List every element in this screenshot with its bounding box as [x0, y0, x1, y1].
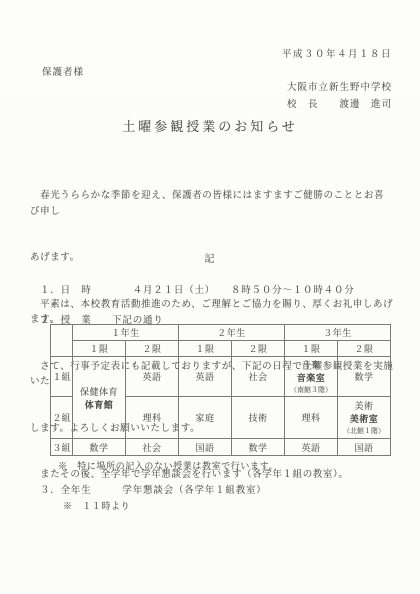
grade-header: １年生 — [73, 325, 179, 341]
subject-name: 英語 — [179, 370, 231, 383]
item-datetime: １．日 時 ４月２１日（土） ８時５０分～１０時４０分 — [40, 282, 355, 296]
room-name: 美術室 — [338, 412, 390, 425]
subject-cell: 数学 — [232, 439, 285, 456]
room-name: 体育館 — [73, 398, 125, 411]
subject-cell: 数学 — [73, 439, 126, 456]
subject-cell: 国語 — [179, 439, 232, 456]
document-date: 平成３０年４月１８日 — [282, 46, 392, 60]
subject-name: 家庭 — [179, 411, 231, 424]
class-label: ２組 — [51, 397, 73, 439]
table-row: ３組数学社会国語数学英語国語 — [51, 439, 391, 456]
table-note: ※ 特に場所の記入のない授業は教室で行います。 — [58, 459, 278, 472]
subject-cell: 美術美術室（北館１階） — [338, 397, 391, 439]
room-location: （北館１階） — [338, 426, 390, 436]
grade-header: ２年生 — [179, 325, 285, 341]
table-row: １組保健体育体育館英語英語社会音楽音楽室（南館３階）数学 — [51, 357, 391, 397]
subject-name: 英語 — [285, 441, 337, 454]
period-header: ２限 — [338, 341, 391, 357]
subject-name: 社会 — [126, 441, 178, 454]
grade-header: ３年生 — [285, 325, 391, 341]
subject-name: 数学 — [232, 441, 284, 454]
subject-cell: 家庭 — [179, 397, 232, 439]
subject-name: 理科 — [126, 411, 178, 424]
class-label: ３組 — [51, 439, 73, 456]
subject-cell: 英語 — [179, 357, 232, 397]
subject-name: 社会 — [232, 370, 284, 383]
document-page: 平成３０年４月１８日 保護者様 大阪市立新生野中学校 校 長 渡邊 進司 土曜参… — [0, 0, 420, 594]
body-line: 春光うららかな季節を迎え、保護者の皆様にはますますご健勝のこととお喜び申し — [30, 188, 394, 219]
table-corner-cell — [51, 325, 73, 357]
subject-name: 美術 — [338, 399, 390, 412]
class-schedule-table: １年生２年生３年生１限２限１限２限１限２限１組保健体育体育館英語英語社会音楽音楽… — [50, 324, 391, 456]
subject-cell: 音楽音楽室（南館３階） — [285, 357, 338, 397]
period-header: １限 — [285, 341, 338, 357]
subject-cell: 英語 — [285, 439, 338, 456]
subject-name: 保健体育 — [73, 385, 125, 398]
subject-cell: 数学 — [338, 357, 391, 397]
subject-name: 国語 — [179, 441, 231, 454]
subject-cell: 英語 — [126, 357, 179, 397]
class-label: １組 — [51, 357, 73, 397]
subject-cell: 理科 — [126, 397, 179, 439]
subject-cell: 理科 — [285, 397, 338, 439]
principal-name: 校 長 渡邊 進司 — [287, 97, 392, 114]
subject-name: 音楽 — [285, 358, 337, 371]
room-location: （南館３階） — [285, 385, 337, 395]
school-name: 大阪市立新生野中学校 — [287, 80, 392, 97]
subject-cell: 保健体育体育館 — [73, 357, 126, 439]
subject-name: 数学 — [338, 370, 390, 383]
subject-cell: 社会 — [232, 357, 285, 397]
subject-cell: 国語 — [338, 439, 391, 456]
room-name: 音楽室 — [285, 371, 337, 384]
subject-name: 英語 — [126, 370, 178, 383]
sender-block: 大阪市立新生野中学校 校 長 渡邊 進司 — [287, 80, 392, 113]
record-heading: 記 — [0, 250, 420, 265]
subject-cell: 技術 — [232, 397, 285, 439]
subject-name: 理科 — [285, 411, 337, 424]
subject-name: 技術 — [232, 411, 284, 424]
addressee: 保護者様 — [42, 64, 84, 78]
subject-name: 国語 — [338, 441, 390, 454]
meeting-time-note: ※ １１時より — [63, 499, 130, 512]
document-title: 土曜参観授業のお知らせ — [0, 116, 420, 135]
subject-cell: 社会 — [126, 439, 179, 456]
period-header: １限 — [73, 341, 126, 357]
period-header: ２限 — [126, 341, 179, 357]
period-header: １限 — [179, 341, 232, 357]
period-header: ２限 — [232, 341, 285, 357]
subject-name: 数学 — [73, 441, 125, 454]
item-meeting: ３．全年生 学年懇談会（各学年１組教室） — [40, 482, 267, 496]
